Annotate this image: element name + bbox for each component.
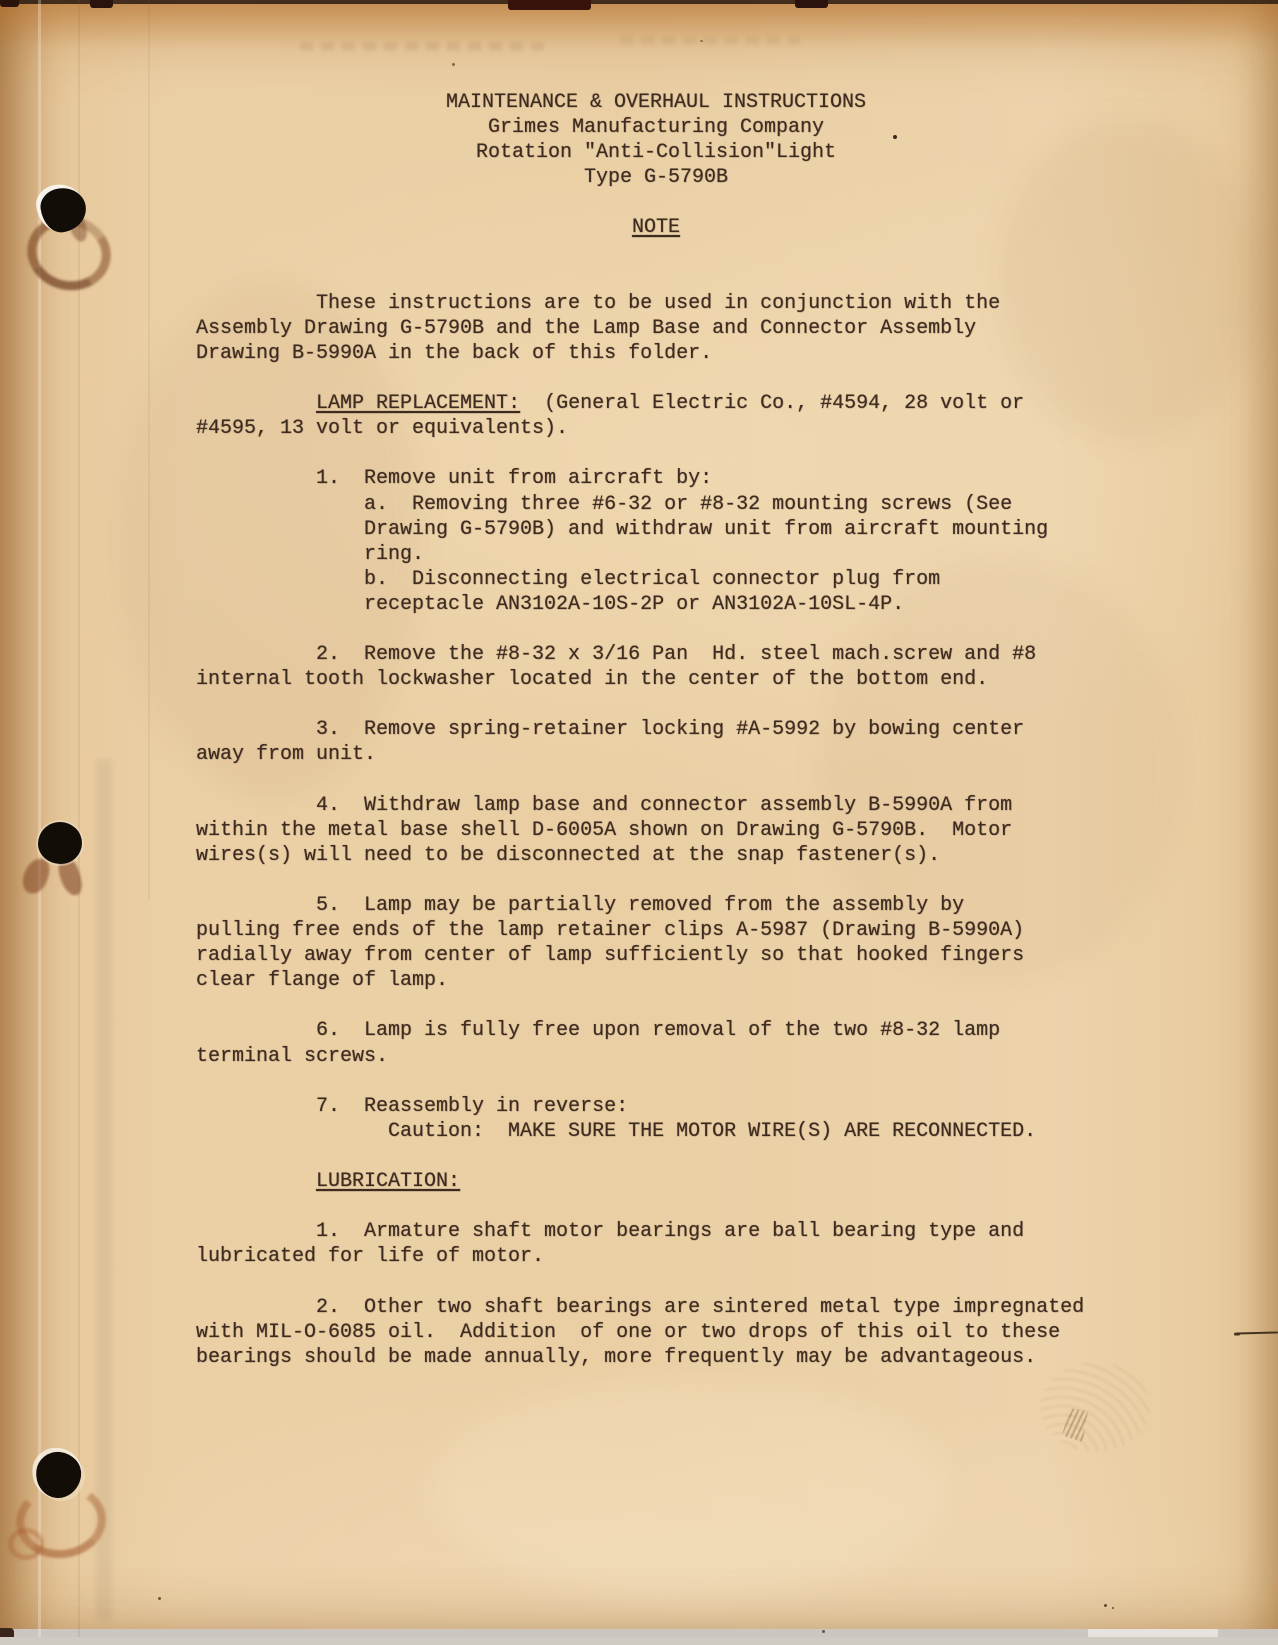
text-line: #4595, 13 volt or equivalents). — [196, 416, 1116, 441]
text-line: These instructions are to be used in con… — [196, 291, 1116, 316]
line-text: 1. Armature shaft motor bearings are bal… — [196, 1220, 1024, 1243]
scan-edge-mark — [508, 0, 591, 10]
line-text: Grimes Manufacturing Company — [488, 116, 824, 139]
paper-blotch — [430, 1380, 950, 1600]
line-leading-space — [196, 392, 316, 415]
text-line: NOTE — [196, 215, 1116, 240]
text-line — [196, 266, 1116, 291]
punch-hole-stain — [8, 1528, 44, 1560]
text-line — [196, 366, 1116, 391]
line-text: within the metal base shell D-6005A show… — [196, 819, 1012, 842]
scan-edge-mark — [90, 0, 113, 8]
fingerprint-smudge — [1040, 1362, 1150, 1452]
text-line — [196, 768, 1116, 793]
line-text: b. Disconnecting electrical connector pl… — [196, 568, 940, 591]
line-text: These instructions are to be used in con… — [196, 292, 1000, 315]
text-line: bearings should be made annually, more f… — [196, 1345, 1116, 1370]
punch-hole-stain — [20, 855, 53, 896]
line-text: clear flange of lamp. — [196, 969, 448, 992]
text-line: 7. Reassembly in reverse: — [196, 1094, 1116, 1119]
line-text: 1. Remove unit from aircraft by: — [196, 467, 712, 490]
punch-hole — [38, 822, 82, 864]
text-line: 2. Remove the #8-32 x 3/16 Pan Hd. steel… — [196, 642, 1116, 667]
line-text: receptacle AN3102A-10S-2P or AN3102A-10S… — [196, 593, 904, 616]
line-text: radially away from center of lamp suffic… — [196, 944, 1024, 967]
text-line: LAMP REPLACEMENT: (General Electric Co.,… — [196, 391, 1116, 416]
line-text: Type G-5790B — [584, 166, 728, 189]
text-line — [196, 993, 1116, 1018]
text-line — [196, 868, 1116, 893]
line-text: 2. Remove the #8-32 x 3/16 Pan Hd. steel… — [196, 643, 1036, 666]
line-text: Drawing B-5990A in the back of this fold… — [196, 342, 712, 365]
text-line: terminal screws. — [196, 1044, 1116, 1069]
text-line: wires(s) will need to be disconnected at… — [196, 843, 1116, 868]
line-text: away from unit. — [196, 743, 376, 766]
text-line: 5. Lamp may be partially removed from th… — [196, 893, 1116, 918]
text-line — [196, 1069, 1116, 1094]
paper-crease — [148, 0, 150, 900]
text-line: 4. Withdraw lamp base and connector asse… — [196, 793, 1116, 818]
document-text: MAINTENANCE & OVERHAUL INSTRUCTIONSGrime… — [196, 90, 1116, 1370]
text-line: internal tooth lockwasher located in the… — [196, 667, 1116, 692]
line-text: 5. Lamp may be partially removed from th… — [196, 894, 964, 917]
line-text: #4595, 13 volt or equivalents). — [196, 417, 568, 440]
text-line: a. Removing three #6-32 or #8-32 mountin… — [196, 492, 1116, 517]
line-text: MAINTENANCE & OVERHAUL INSTRUCTIONS — [446, 91, 866, 114]
paper-streak — [96, 760, 112, 1620]
ink-speck — [158, 1597, 161, 1600]
line-text: pulling free ends of the lamp retainer c… — [196, 919, 1024, 942]
ink-speck — [452, 63, 455, 66]
line-underlined-text: LUBRICATION: — [316, 1170, 460, 1193]
line-text: a. Removing three #6-32 or #8-32 mountin… — [196, 493, 1012, 516]
line-text: 4. Withdraw lamp base and connector asse… — [196, 794, 1012, 817]
text-line — [196, 1144, 1116, 1169]
text-line: LUBRICATION: — [196, 1169, 1116, 1194]
ink-bleedthrough — [620, 36, 800, 45]
text-line — [196, 692, 1116, 717]
line-text: with MIL-O-6085 oil. Addition of one or … — [196, 1321, 1060, 1344]
line-text: Rotation "Anti-Collision"Light — [476, 141, 836, 164]
line-underlined-text: NOTE — [632, 216, 680, 239]
ink-speck — [1104, 1604, 1107, 1607]
text-line: receptacle AN3102A-10S-2P or AN3102A-10S… — [196, 592, 1116, 617]
text-line: pulling free ends of the lamp retainer c… — [196, 918, 1116, 943]
text-line: Rotation "Anti-Collision"Light — [196, 140, 1116, 165]
text-line: 3. Remove spring-retainer locking #A-599… — [196, 717, 1116, 742]
text-line: 1. Armature shaft motor bearings are bal… — [196, 1219, 1116, 1244]
text-line: within the metal base shell D-6005A show… — [196, 818, 1116, 843]
line-text: lubricated for life of motor. — [196, 1245, 544, 1268]
line-text: 2. Other two shaft bearings are sintered… — [196, 1296, 1084, 1319]
line-text: 3. Remove spring-retainer locking #A-599… — [196, 718, 1024, 741]
text-line: Caution: MAKE SURE THE MOTOR WIRE(S) ARE… — [196, 1119, 1116, 1144]
scanner-strip — [0, 1629, 1278, 1637]
line-text: bearings should be made annually, more f… — [196, 1346, 1036, 1369]
pen-mark — [1236, 1331, 1278, 1334]
text-line — [196, 617, 1116, 642]
text-line: lubricated for life of motor. — [196, 1244, 1116, 1269]
line-text: internal tooth lockwasher located in the… — [196, 668, 988, 691]
text-line — [196, 1194, 1116, 1219]
line-text: Caution: MAKE SURE THE MOTOR WIRE(S) ARE… — [196, 1120, 1036, 1143]
line-text: (General Electric Co., #4594, 28 volt or — [520, 392, 1024, 415]
corner-stain — [0, 1628, 14, 1637]
scan-top-edge — [0, 0, 1278, 4]
text-line: Type G-5790B — [196, 165, 1116, 190]
document-page: MAINTENANCE & OVERHAUL INSTRUCTIONSGrime… — [0, 0, 1278, 1637]
text-line: 6. Lamp is fully free upon removal of th… — [196, 1018, 1116, 1043]
ink-bleedthrough — [300, 42, 550, 51]
line-text: 6. Lamp is fully free upon removal of th… — [196, 1019, 1000, 1042]
text-line: radially away from center of lamp suffic… — [196, 943, 1116, 968]
line-text: Drawing G-5790B) and withdraw unit from … — [196, 518, 1048, 541]
text-line: Drawing G-5790B) and withdraw unit from … — [196, 517, 1116, 542]
scan-edge-mark — [795, 0, 828, 8]
text-line: ring. — [196, 542, 1116, 567]
text-line: Assembly Drawing G-5790B and the Lamp Ba… — [196, 316, 1116, 341]
text-line — [196, 441, 1116, 466]
text-line — [196, 1269, 1116, 1294]
line-text: terminal screws. — [196, 1045, 388, 1068]
text-line — [196, 190, 1116, 215]
line-text: Assembly Drawing G-5790B and the Lamp Ba… — [196, 317, 976, 340]
text-line: 2. Other two shaft bearings are sintered… — [196, 1295, 1116, 1320]
text-line: away from unit. — [196, 742, 1116, 767]
line-underlined-text: LAMP REPLACEMENT: — [316, 392, 520, 415]
text-line: MAINTENANCE & OVERHAUL INSTRUCTIONS — [196, 90, 1116, 115]
ink-speck — [1112, 1607, 1114, 1609]
line-text: 7. Reassembly in reverse: — [196, 1095, 628, 1118]
text-line — [196, 241, 1116, 266]
line-leading-space — [196, 1170, 316, 1193]
ink-speck — [700, 40, 703, 42]
text-line: Drawing B-5990A in the back of this fold… — [196, 341, 1116, 366]
line-text: ring. — [196, 543, 424, 566]
text-line: clear flange of lamp. — [196, 968, 1116, 993]
text-line: Grimes Manufacturing Company — [196, 115, 1116, 140]
text-line: b. Disconnecting electrical connector pl… — [196, 567, 1116, 592]
scan-edge-mark — [0, 0, 19, 7]
line-text: wires(s) will need to be disconnected at… — [196, 844, 940, 867]
text-line: 1. Remove unit from aircraft by: — [196, 466, 1116, 491]
text-line: with MIL-O-6085 oil. Addition of one or … — [196, 1320, 1116, 1345]
ink-speck — [822, 1630, 825, 1633]
